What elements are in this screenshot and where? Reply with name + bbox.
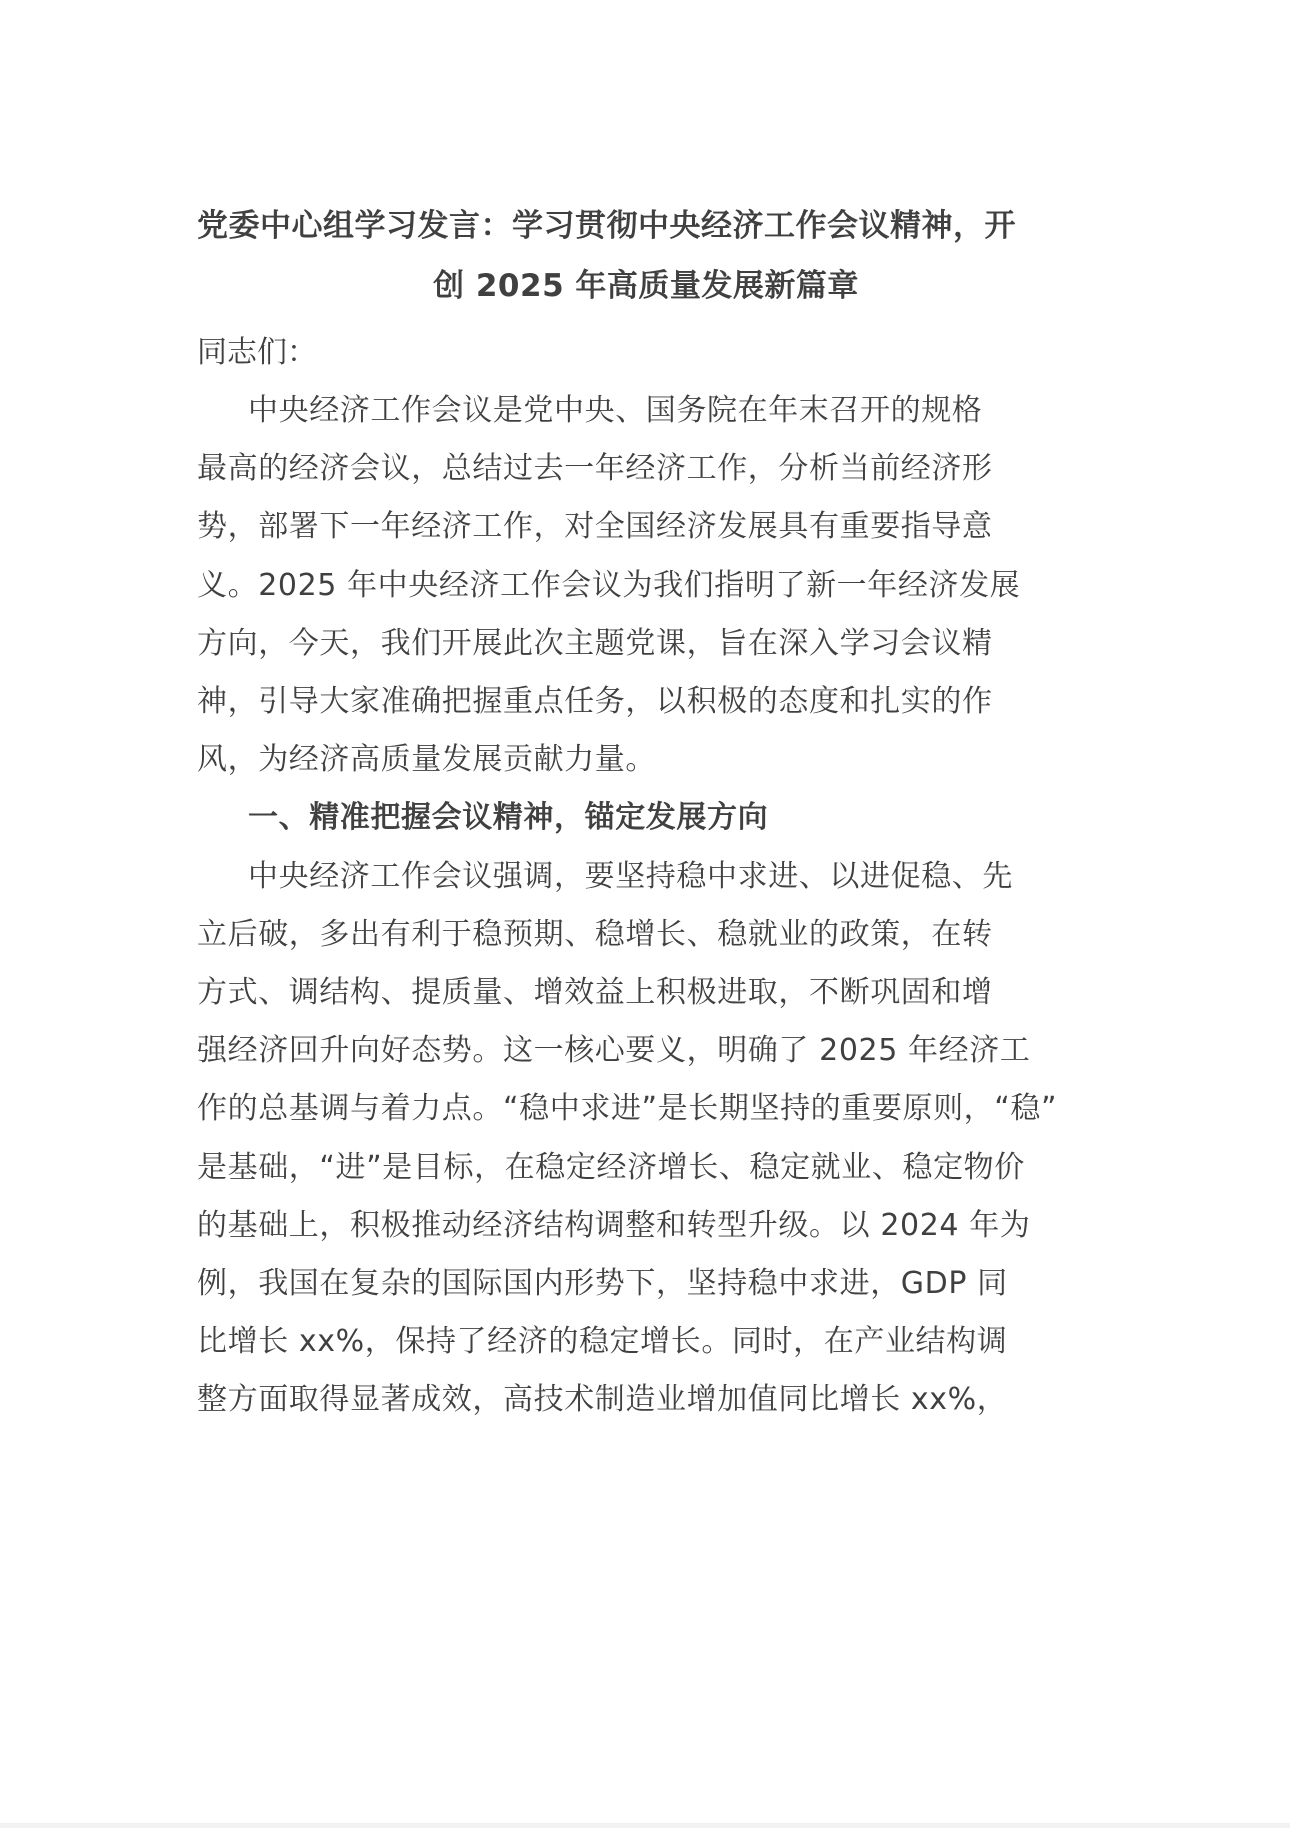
paragraph-line: 比增长 xx%，保持了经济的稳定增长。同时，在产业结构调 — [197, 1313, 1095, 1371]
paragraph-line: 最高的经济会议，总结过去一年经济工作，分析当前经济形 — [197, 440, 1095, 498]
title-line-2: 创 2025 年高质量发展新篇章 — [197, 256, 1095, 316]
paragraph-line: 中央经济工作会议强调，要坚持稳中求进、以进促稳、先 — [197, 848, 1095, 906]
document-page: 党委中心组学习发言：学习贯彻中央经济工作会议精神，开 创 2025 年高质量发展… — [0, 0, 1290, 1823]
paragraph-line: 整方面取得显著成效，高技术制造业增加值同比增长 xx%， — [197, 1371, 1095, 1429]
paragraph-line: 神，引导大家准确把握重点任务，以积极的态度和扎实的作 — [197, 673, 1095, 731]
intro-paragraph: 中央经济工作会议是党中央、国务院在年末召开的规格 最高的经济会议，总结过去一年经… — [197, 382, 1095, 789]
section-heading: 一、精准把握会议精神，锚定发展方向 — [197, 789, 1095, 847]
document-content: 党委中心组学习发言：学习贯彻中央经济工作会议精神，开 创 2025 年高质量发展… — [197, 196, 1095, 1430]
paragraph-line: 例，我国在复杂的国际国内形势下，坚持稳中求进，GDP 同 — [197, 1255, 1095, 1313]
paragraph-line: 中央经济工作会议是党中央、国务院在年末召开的规格 — [197, 382, 1095, 440]
paragraph-line: 势，部署下一年经济工作，对全国经济发展具有重要指导意 — [197, 498, 1095, 556]
paragraph-line: 立后破，多出有利于稳预期、稳增长、稳就业的政策，在转 — [197, 906, 1095, 964]
paragraph-line: 风，为经济高质量发展贡献力量。 — [197, 731, 1095, 789]
paragraph-line: 方式、调结构、提质量、增效益上积极进取，不断巩固和增 — [197, 964, 1095, 1022]
title-line-1: 党委中心组学习发言：学习贯彻中央经济工作会议精神，开 — [197, 196, 1095, 256]
page-bottom-edge — [0, 1823, 1290, 1828]
paragraph-line: 义。2025 年中央经济工作会议为我们指明了新一年经济发展 — [197, 557, 1095, 615]
paragraph-line: 方向，今天，我们开展此次主题党课，旨在深入学习会议精 — [197, 615, 1095, 673]
paragraph-line: 作的总基调与着力点。“稳中求进”是长期坚持的重要原则，“稳” — [197, 1080, 1095, 1138]
paragraph-line: 是基础，“进”是目标，在稳定经济增长、稳定就业、稳定物价 — [197, 1139, 1095, 1197]
greeting: 同志们： — [197, 324, 1095, 382]
paragraph-line: 强经济回升向好态势。这一核心要义，明确了 2025 年经济工 — [197, 1022, 1095, 1080]
paragraph-line: 的基础上，积极推动经济结构调整和转型升级。以 2024 年为 — [197, 1197, 1095, 1255]
section-paragraph: 中央经济工作会议强调，要坚持稳中求进、以进促稳、先 立后破，多出有利于稳预期、稳… — [197, 848, 1095, 1430]
document-title: 党委中心组学习发言：学习贯彻中央经济工作会议精神，开 创 2025 年高质量发展… — [197, 196, 1095, 316]
